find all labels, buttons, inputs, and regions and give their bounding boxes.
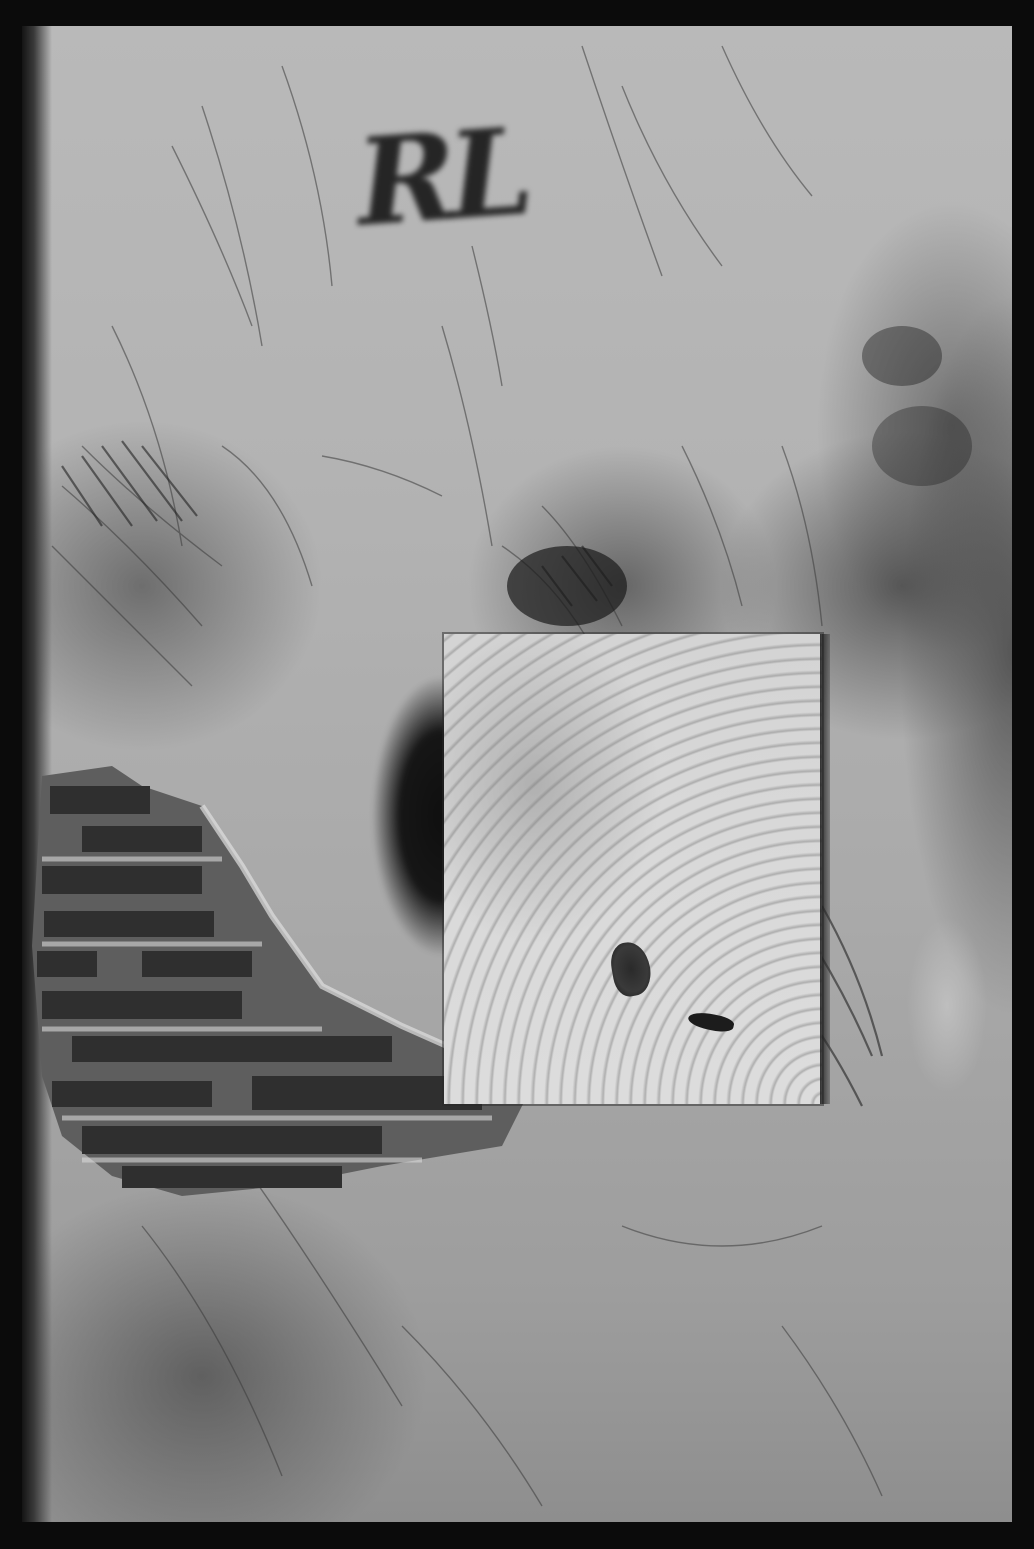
wall-photograph: RL [22,26,1012,1522]
pale-spot-right [892,856,1002,1156]
plaster-hole [608,939,655,999]
pale-plaster-patch [444,634,822,1104]
film-border: RL Black and white film photograph of a … [0,0,1034,1549]
plaster-chip [687,1009,735,1034]
graffiti-tag: RL [353,112,529,243]
patch-right-edge [820,634,830,1104]
